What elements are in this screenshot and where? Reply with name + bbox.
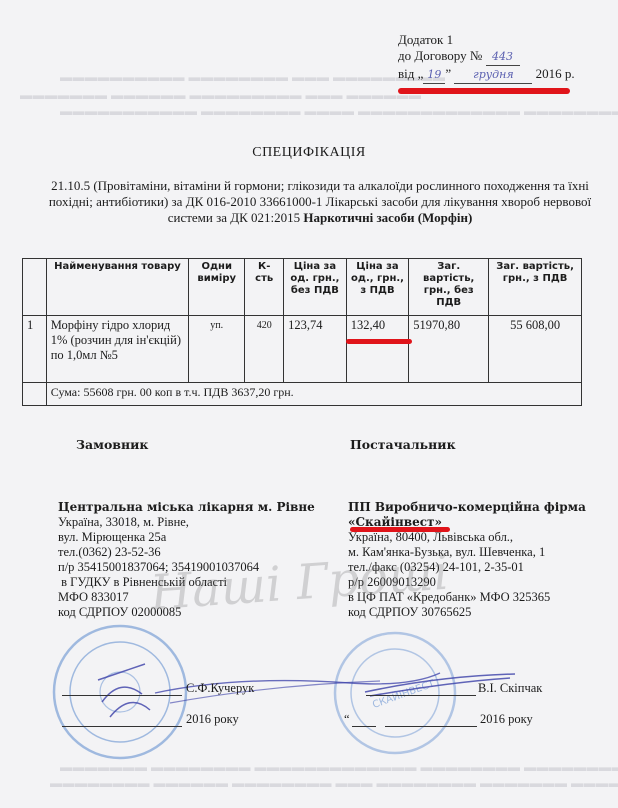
cell-price-no-vat: 123,74 — [284, 316, 347, 383]
specification-table: Найменування товару Одни виміру К-сть Ці… — [22, 258, 582, 406]
customer-heading: Замовник — [76, 437, 148, 452]
col-header-quantity: К-сть — [245, 259, 284, 316]
bleed-through-text: ▬▬▬▬▬▬▬▬▬▬▬ ▬▬▬▬▬▬▬▬ ▬▬▬▬ ▬▬▬▬▬▬▬▬▬▬▬▬▬ … — [60, 104, 618, 119]
contract-month-handwritten: грудня — [454, 67, 532, 84]
bleed-through-text: ▬▬▬▬▬▬▬ ▬▬▬▬▬▬▬▬ ▬▬▬▬▬▬▬▬▬▬▬▬▬ ▬▬▬▬▬▬▬▬ … — [60, 760, 618, 775]
addendum-label: Додаток 1 — [398, 32, 575, 48]
cell-unit: уп. — [189, 316, 245, 383]
cell-total-no-vat: 51970,80 — [409, 316, 489, 383]
supplier-day-line — [352, 726, 376, 727]
col-header-product-name: Найменування товару — [46, 259, 188, 316]
table-row: 1 Морфіну гідро хлорид 1% (розчин для ін… — [23, 316, 582, 383]
bleed-through-text: ▬▬▬▬▬▬▬ ▬▬▬▬▬▬ ▬▬▬▬▬▬▬▬▬ ▬▬▬ ▬▬▬▬▬▬ — [20, 88, 422, 103]
customer-date-text: 2016 року — [186, 712, 239, 727]
scanned-document: ▬▬▬▬▬▬▬▬▬▬ ▬▬▬▬▬▬▬▬ ▬▬▬ ▬▬▬▬▬▬▬▬▬ ▬▬▬▬▬▬… — [0, 0, 618, 808]
cell-product-name: Морфіну гідро хлорид 1% (розчин для ін'є… — [46, 316, 188, 383]
cell-number: 1 — [23, 316, 47, 383]
red-highlight-underline-date — [398, 88, 570, 94]
table-sum-row: Сума: 55608 грн. 00 коп в т.ч. ПДВ 3637,… — [23, 383, 582, 406]
table-header-row: Найменування товару Одни виміру К-сть Ці… — [23, 259, 582, 316]
contract-day-handwritten: 19 — [423, 67, 445, 84]
supplier-date-quote: “ — [344, 712, 350, 727]
contract-number-line: до Договору № 443 — [398, 48, 575, 66]
customer-signature-line — [62, 695, 182, 696]
document-title: СПЕЦИФІКАЦІЯ — [0, 145, 618, 161]
supplier-signature-line — [366, 695, 476, 696]
supplier-heading: Постачальник — [350, 437, 456, 452]
red-highlight-underline-supplier — [350, 527, 450, 532]
supplier-signatory: В.І. Скіпчак — [478, 681, 542, 696]
sum-text: Сума: 55608 грн. 00 коп в т.ч. ПДВ 3637,… — [46, 383, 581, 406]
col-header-unit: Одни виміру — [189, 259, 245, 316]
col-header-number — [23, 259, 47, 316]
customer-signatory: С.Ф.Кучерук — [186, 681, 254, 696]
bleed-through-text: ▬▬▬▬▬▬▬▬▬▬ ▬▬▬▬▬▬▬▬ ▬▬▬ ▬▬▬▬▬▬▬▬▬ — [60, 70, 446, 85]
specification-description: 21.10.5 (Провітаміни, вітаміни й гормони… — [30, 178, 610, 226]
col-header-price-vat: Ціна за од., грн., з ПДВ — [346, 259, 409, 316]
supplier-month-line — [385, 726, 477, 727]
col-header-price-no-vat: Ціна за од. грн., без ПДВ — [284, 259, 347, 316]
customer-date-line — [62, 726, 182, 727]
cell-total-vat: 55 608,00 — [489, 316, 582, 383]
red-highlight-underline-price — [346, 339, 412, 344]
supplier-name: ПП Виробничо-комерційна фірма — [348, 500, 608, 515]
addendum-header: Додаток 1 до Договору № 443 від „19” гру… — [398, 32, 575, 84]
col-header-total-vat: Заг. вартість, грн., з ПДВ — [489, 259, 582, 316]
contract-number-handwritten: 443 — [486, 49, 520, 66]
supplier-date-text: 2016 року — [480, 712, 533, 727]
cell-price-vat: 132,40 — [346, 316, 409, 383]
col-header-total-no-vat: Заг. вартість, грн., без ПДВ — [409, 259, 489, 316]
customer-name: Центральна міська лікарня м. Рівне — [58, 500, 338, 515]
cell-quantity: 420 — [245, 316, 284, 383]
contract-date-line: від „19” грудня 2016 р. — [398, 66, 575, 84]
bleed-through-text: ▬▬▬▬▬▬▬▬ ▬▬▬▬▬▬ ▬▬▬▬▬▬▬▬ ▬▬▬ ▬▬▬▬▬▬▬▬ ▬▬… — [50, 776, 618, 791]
